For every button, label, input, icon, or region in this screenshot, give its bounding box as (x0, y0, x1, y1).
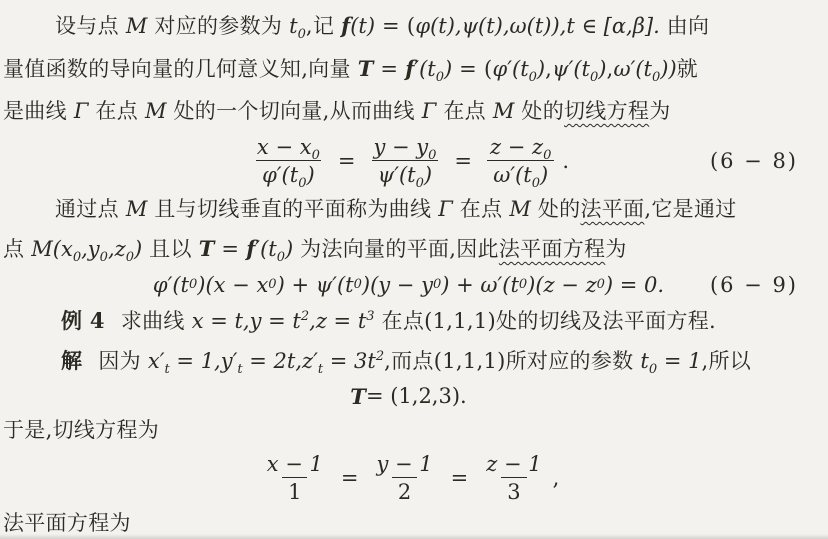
text-run: 对应的参数为 (147, 14, 289, 38)
equals-sign: = (451, 466, 469, 490)
example-4-line: 例 4求曲线 x = t,y = t2,z = t3 在点(1,1,1)处的切线… (3, 301, 814, 341)
subscript: 0 (126, 250, 134, 265)
fraction-denominator: ω′(t0) (487, 160, 554, 189)
equals-sign: = (338, 149, 356, 173)
point-M-symbol: M (126, 14, 148, 38)
superscript: 3 (366, 309, 374, 324)
math-run: φ′(t (153, 273, 189, 297)
fraction-numerator: z − z0 (484, 134, 557, 160)
text-run: 法平面方程为 (3, 511, 131, 535)
display-formula-T: T = (1,2,3). (3, 381, 814, 411)
example-label: 例 4 (61, 308, 105, 333)
text-run: 是曲线 (3, 99, 74, 123)
math-run: (t) (350, 14, 375, 38)
math-run: y − y (373, 135, 428, 159)
math-run: ) (306, 163, 314, 187)
text-run: 处的 (531, 197, 581, 221)
text-run: 点 (3, 237, 31, 261)
math-run: φ′(t (262, 163, 298, 187)
text-run: 求曲线 (121, 309, 192, 333)
math-run: ) (134, 237, 142, 261)
fraction-numerator: x − 1 (261, 451, 329, 477)
formula-period: . (562, 149, 569, 173)
fraction-numerator: y − 1 (370, 451, 438, 477)
math-run: ′(t (255, 237, 276, 261)
math-run: ) (540, 163, 548, 187)
math-run: ) + ψ′(t (277, 273, 354, 297)
curve-Gamma-symbol: Γ (74, 99, 89, 123)
math-run: = (214, 237, 246, 261)
math-run: ω′(t (613, 57, 652, 81)
curve-Gamma-symbol: Γ (438, 197, 453, 221)
math-run: = ( (375, 14, 415, 38)
math-run: ) (444, 57, 452, 81)
math-run: ψ′(t (552, 57, 590, 81)
text-run: 为 (649, 99, 670, 123)
paragraph-line-4: 通过点 M 且与切线垂直的平面称为曲线 Γ 在点 M 处的法平面,它是通过 (3, 189, 814, 229)
equals-sign: = (454, 149, 472, 173)
fraction-numerator: y − y0 (367, 134, 442, 160)
vector-f-symbol: f (405, 56, 414, 81)
display-formula-tangent-line: x − 11=y − 12=z − 13, (3, 449, 814, 507)
math-run: ) (424, 163, 432, 187)
text-run: ,记 (306, 14, 341, 38)
subscript: 0 (436, 70, 444, 85)
wavy-underlined-term-normal-plane: 法平面 (580, 197, 644, 221)
text-run: 且以 (142, 237, 199, 261)
math-run: )) (660, 57, 676, 81)
fraction: x − 11 (261, 451, 329, 506)
math-run: x − x (257, 135, 312, 159)
text-run: 通过点 (55, 197, 126, 221)
math-run: t (289, 14, 297, 38)
math-run: x = t,y = t (192, 309, 301, 333)
superscript: 2 (376, 349, 384, 364)
display-formula-6-9: φ′(t0)(x − x0) + ψ′(t0)(y − y0) + ω′(t0)… (3, 269, 814, 301)
math-run: ) + ω′(t (441, 273, 519, 297)
math-run: )(x − x (197, 273, 268, 297)
subscript: 0 (100, 250, 108, 265)
wavy-underlined-term-tangent-equation: 切线方程 (564, 99, 649, 123)
vector-T-symbol: T (199, 236, 215, 261)
subscript: 0 (529, 70, 537, 85)
math-run: = 1 (657, 349, 701, 373)
math-run: φ(t),ψ(t),ω(t) (415, 14, 551, 38)
paragraph-line-1: 设与点 M 对应的参数为 t0,记 f(t) = (φ(t),ψ(t),ω(t)… (3, 4, 814, 47)
fraction-denominator: φ′(t0) (256, 160, 321, 189)
text-run: ,它是通过 (644, 197, 736, 221)
text-run: 处的 (514, 99, 564, 123)
text-run: 为法向量的平面,因此 (293, 237, 499, 261)
text-run: ,而点(1,1,1)所对应的参数 (384, 349, 640, 373)
point-M-symbol: M (126, 197, 148, 221)
solution-label: 解 (61, 348, 82, 373)
math-run: ) = 0. (605, 273, 664, 297)
formula-comma: , (553, 466, 560, 490)
math-run: ,y (81, 237, 100, 261)
fraction: z − 13 (480, 451, 547, 506)
textbook-page: 设与点 M 对应的参数为 t0,记 f(t) = (φ(t),ψ(t),ω(t)… (0, 0, 828, 539)
text-run: 因为 (98, 349, 148, 373)
math-run: = ( (452, 57, 492, 81)
fraction-numerator: x − x0 (251, 134, 326, 160)
subscript: 0 (277, 250, 285, 265)
subscript: 0 (73, 250, 81, 265)
text-run: 且与切线垂直的平面称为曲线 (147, 197, 438, 221)
point-M-symbol: M (31, 237, 53, 261)
wavy-underlined-term-normal-plane-equation: 法平面方程 (499, 237, 606, 261)
fraction: z − z0ω′(t0) (484, 134, 557, 189)
text-run: 在点(1,1,1)处的切线及法平面方程. (375, 309, 716, 333)
math-run: ω′(t (493, 163, 532, 187)
vector-f-symbol: f (246, 236, 255, 261)
text-run: 处的一个切向量,从而曲线 (167, 99, 422, 123)
vector-T-symbol: T (350, 384, 366, 409)
math-run: ) (537, 57, 545, 81)
fraction-denominator: 3 (501, 477, 526, 506)
fraction-denominator: 1 (282, 477, 307, 506)
math-run: = 2t,z′ (243, 349, 318, 373)
equation-number-6-9: (6 − 9) (710, 273, 798, 297)
equals-sign: = (341, 466, 359, 490)
text-run: 就 (677, 57, 698, 81)
math-run: ′(t (414, 57, 435, 81)
fraction: y − y0ψ′(t0) (367, 134, 442, 189)
text-run: 由向 (660, 14, 710, 38)
math-run: (x (53, 237, 73, 261)
math-run: ,z = t (309, 309, 366, 333)
subscript: 0 (532, 176, 540, 191)
display-formula-6-8: x − x0φ′(t0)=y − y0ψ′(t0)=z − z0ω′(t0). … (3, 133, 814, 189)
fraction-denominator: 2 (392, 477, 417, 506)
fraction: x − x0φ′(t0) (251, 134, 326, 189)
subscript: 0 (649, 362, 657, 377)
text-run: 于是,切线方程为 (3, 418, 159, 442)
math-run: z − z (490, 135, 543, 159)
math-run: ),t ∈ [α,β]. (551, 14, 659, 38)
point-M-symbol: M (509, 197, 531, 221)
paragraph-line-5: 点 M(x0,y0,z0) 且以 T = f′(t0) 为法向量的平面,因此法平… (3, 229, 814, 269)
math-run: φ′(t (493, 57, 529, 81)
math-run: = (373, 57, 405, 81)
text-run: 在点 (453, 197, 510, 221)
math-run: = 1,y′ (170, 349, 238, 373)
math-run: )(y − y (362, 273, 433, 297)
fraction: y − 12 (370, 451, 438, 506)
point-M-symbol: M (145, 99, 167, 123)
text-run: 量值函数的导向量的几何意义知,向量 (3, 57, 358, 81)
point-M-symbol: M (493, 99, 515, 123)
text-run: 为 (605, 237, 626, 261)
text-run: 设与点 (55, 14, 126, 38)
paragraph-line-2: 量值函数的导向量的几何意义知,向量 T = f′(t0) = (φ′(t0),ψ… (3, 47, 814, 90)
solution-line: 解因为 x′t = 1,y′t = 2t,z′t = 3t2,而点(1,1,1)… (3, 341, 814, 381)
fraction-numerator: z − 1 (480, 451, 547, 477)
curve-Gamma-symbol: Γ (422, 99, 437, 123)
math-run: ,z (108, 237, 126, 261)
text-run: 在点 (88, 99, 145, 123)
subscript: 0 (298, 27, 306, 42)
math-run: x′ (148, 349, 165, 373)
fraction-denominator: ψ′(t0) (372, 160, 438, 189)
superscript: 2 (301, 309, 309, 324)
thus-tangent-line: 于是,切线方程为 (3, 411, 814, 449)
math-run: ) (285, 237, 293, 261)
text-run: ,所以 (701, 349, 751, 373)
math-run: ψ′(t (378, 163, 416, 187)
math-run: = 3t (323, 349, 376, 373)
math-run: t (640, 349, 648, 373)
vector-T-symbol: T (358, 56, 374, 81)
vector-f-symbol: f (341, 13, 350, 38)
math-run: )(z − z (527, 273, 596, 297)
equation-number-6-8: (6 − 8) (710, 149, 798, 173)
normal-plane-equation-lead-line: 法平面方程为 (3, 507, 814, 539)
text-run: 在点 (436, 99, 493, 123)
math-run: = (1,2,3). (366, 384, 467, 408)
paragraph-line-3: 是曲线 Γ 在点 M 处的一个切向量,从而曲线 Γ 在点 M 处的切线方程为 (3, 90, 814, 133)
subscript: 0 (416, 176, 424, 191)
